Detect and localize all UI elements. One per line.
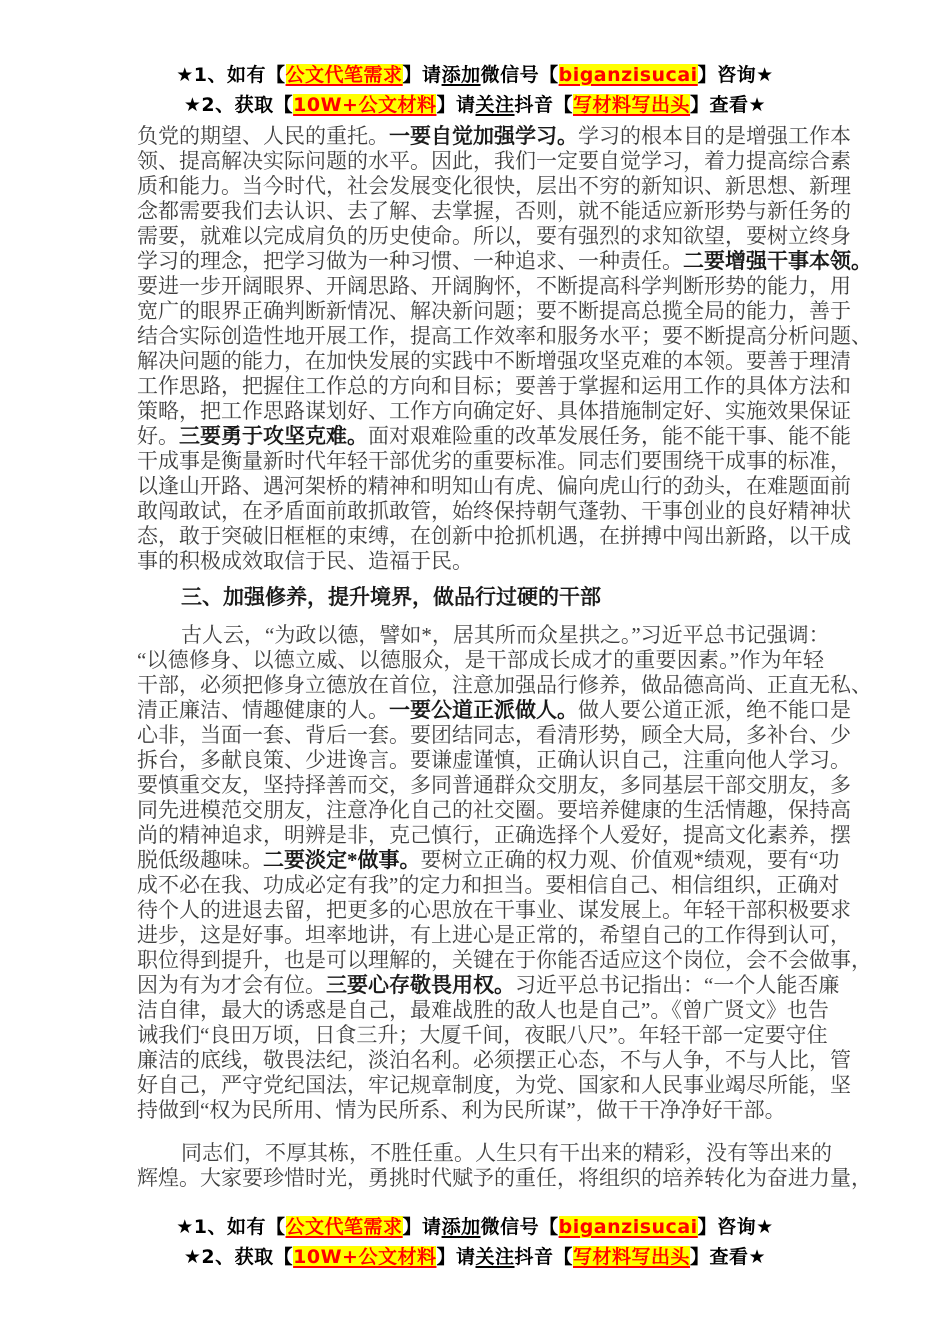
text-line: 待个人的进退去留，把更多的心思放在干事业、谋发展上。年轻干部积极要求 — [137, 898, 824, 923]
text-line: 辉煌。大家要珍惜时光，勇挑时代赋予的重任，将组织的培养转化为奋进力量， — [137, 1166, 824, 1191]
text-run: 】请 — [436, 1246, 475, 1268]
text-run: 抖音【 — [515, 94, 574, 116]
text-run: 解决问题的能力，在加快发展的实践中不断增强攻坚克难的本领。要善于理清 — [137, 349, 851, 373]
text-line: 廉洁的底线，敬畏法纪，淡泊名利。必须摆正心态，不与人争，不与人比，管 — [137, 1048, 824, 1073]
text-run: 习近平总书记指出：“一个人能否廉 — [515, 973, 839, 997]
highlighted-text-run: biganzisucai — [559, 1216, 698, 1238]
text-line: 持做到“权为民所用、情为民所系、利为民所谋”，做干干净净好干部。 — [137, 1098, 824, 1123]
text-line: 干成事是衡量新时代年轻干部优劣的重要标准。同志们要围绕干成事的标准， — [137, 449, 824, 474]
text-run: 面对艰难险重的改革发展任务，能不能干事、能不能 — [368, 424, 851, 448]
text-run: 要树立正确的权力观、价值观*绩观，要有“功 — [421, 848, 840, 872]
text-run: 好自己，严守党纪国法，牢记规章制度，为党、国家和人民事业竭尽所能，坚 — [137, 1073, 851, 1097]
bold-text-run: 三要心存敬畏用权。 — [326, 973, 515, 997]
text-line: 需要，就难以完成肩负的历史使命。所以，要有强烈的求知欲望，要树立终身 — [137, 224, 824, 249]
underlined-text-run: 关注 — [476, 94, 515, 116]
highlighted-text-run: 公文代笔需求 — [286, 64, 403, 86]
text-run: 好。 — [137, 424, 179, 448]
text-run: 廉洁的底线，敬畏法纪，淡泊名利。必须摆正心态，不与人争，不与人比，管 — [137, 1048, 851, 1072]
text-line: 同志们，不厚其栋，不胜任重。人生只有干出来的精彩，没有等出来的 — [137, 1141, 824, 1166]
text-run: ★2、获取【 — [184, 1246, 293, 1268]
text-line: 心非，当面一套、背后一套。要团结同志，看清形势，顾全大局，多补台、少 — [137, 723, 824, 748]
bold-text-run: 三要勇于攻坚克难。 — [179, 424, 368, 448]
text-run: 】请 — [436, 94, 475, 116]
text-run: 】查看★ — [690, 1246, 766, 1268]
text-run: ★2、获取【 — [184, 94, 293, 116]
text-run: 念都需要我们去认识、去了解、去掌握，否则，就不能适应新形势与新任务的 — [137, 199, 851, 223]
text-run: 学习的根本目的是增强工作本 — [578, 124, 851, 148]
text-run: 干部，必须把修身立德放在首位，注意加强品行修养，做品德高尚、正直无私、 — [137, 673, 872, 697]
text-line: 拆台，多献良策、少进谗言。要谦虚谨慎，正确认识自己，注重向他人学习。 — [137, 748, 824, 773]
text-run: 】咨询★ — [698, 64, 774, 86]
text-line: 敢闯敢试，在矛盾面前敢抓敢管，始终保持朝气蓬勃、干事创业的良好精神状 — [137, 499, 824, 524]
text-run: 策略，把工作思路谋划好、工作方向确定好、具体措施制定好、实施效果保证 — [137, 399, 851, 423]
paragraph: 负党的期望、人民的重托。一要自觉加强学习。学习的根本目的是增强工作本领、提高解决… — [137, 124, 824, 574]
text-line: 职位得到提升，也是可以理解的，关键在于你能否适应这个岗位，会不会做事， — [137, 948, 824, 973]
text-run: 】查看★ — [690, 94, 766, 116]
text-run: 负党的期望、人民的重托。 — [137, 124, 389, 148]
text-line: “以德修身、以德立威、以德服众，是干部成长成才的重要因素。”作为年轻 — [137, 648, 824, 673]
text-line: 好。三要勇于攻坚克难。面对艰难险重的改革发展任务，能不能干事、能不能 — [137, 424, 824, 449]
text-run: 宽广的眼界正确判断新情况、解决新问题；要不断提高总揽全局的能力，善于 — [137, 299, 851, 323]
text-line: 宽广的眼界正确判断新情况、解决新问题；要不断提高总揽全局的能力，善于 — [137, 299, 824, 324]
text-run: 质和能力。当今时代，社会发展变化很快，层出不穷的新知识、新思想、新理 — [137, 174, 851, 198]
text-line: 尚的精神追求，明辨是非，克己慎行，正确选择个人爱好，提高文化素养，摆 — [137, 823, 824, 848]
text-line: 解决问题的能力，在加快发展的实践中不断增强攻坚克难的本领。要善于理清 — [137, 349, 824, 374]
text-line: 领、提高解决实际问题的水平。因此，我们一定要自觉学习，着力提高综合素 — [137, 149, 824, 174]
text-run: 学习的理念，把学习做为一种习惯、一种追求、一种责任。 — [137, 249, 683, 273]
text-line: 要慎重交友，坚持择善而交，多同普通群众交朋友，多同基层干部交朋友，多 — [137, 773, 824, 798]
highlighted-text-run: 写材料写出头 — [573, 1246, 690, 1268]
text-line: 干部，必须把修身立德放在首位，注意加强品行修养，做品德高尚、正直无私、 — [137, 673, 824, 698]
text-run: ★1、如有【 — [176, 1216, 285, 1238]
text-line: 进步，这是好事。坦率地讲，有上进心是正常的，希望自己的工作得到认可， — [137, 923, 824, 948]
text-line: 工作思路，把握住工作总的方向和目标；要善于掌握和运用工作的具体方法和 — [137, 374, 824, 399]
highlighted-text-run: 10W+公文材料 — [293, 94, 436, 116]
document-page: ★1、如有【公文代笔需求】请添加微信号【biganzisucai】咨询★ ★2、… — [0, 0, 950, 1344]
text-line: 负党的期望、人民的重托。一要自觉加强学习。学习的根本目的是增强工作本 — [137, 124, 824, 149]
text-run: 事的积极成效取信于民、造福于民。 — [137, 549, 473, 573]
text-run: 因为有为才会有位。 — [137, 973, 326, 997]
text-line: 古人云，“为政以德，譬如*，居其所而众星拱之。”习近平总书记强调： — [137, 623, 824, 648]
underlined-text-run: 添加 — [442, 64, 481, 86]
text-run: 结合实际创造性地开展工作，提高工作效率和服务水平；要不断提高分析问题、 — [137, 324, 872, 348]
promo-footer-line1: ★1、如有【公文代笔需求】请添加微信号【biganzisucai】咨询★ — [0, 1212, 950, 1242]
text-run: 诫我们“良田万顷，日食三升；大厦千间，夜眠八尺”。年轻干部一定要守住 — [137, 1023, 828, 1047]
text-line: 念都需要我们去认识、去了解、去掌握，否则，就不能适应新形势与新任务的 — [137, 199, 824, 224]
underlined-text-run: 关注 — [476, 1246, 515, 1268]
text-run: 干成事是衡量新时代年轻干部优劣的重要标准。同志们要围绕干成事的标准， — [137, 449, 851, 473]
text-line: 洁自律，最大的诱惑是自己，最难战胜的敌人也是自己”。《曾广贤文》也告 — [137, 998, 824, 1023]
text-run: 职位得到提升，也是可以理解的，关键在于你能否适应这个岗位，会不会做事， — [137, 948, 872, 972]
text-run: 洁自律，最大的诱惑是自己，最难战胜的敌人也是自己”。《曾广贤文》也告 — [137, 998, 829, 1022]
highlighted-text-run: biganzisucai — [559, 64, 698, 86]
text-run: 】请 — [403, 1216, 442, 1238]
text-run: 同志们，不厚其栋，不胜任重。人生只有干出来的精彩，没有等出来的 — [181, 1141, 832, 1165]
text-run: 抖音【 — [515, 1246, 574, 1268]
promo-footer-line2: ★2、获取【10W+公文材料】请关注抖音【写材料写出头】查看★ — [0, 1242, 950, 1272]
text-run: 脱低级趣味。 — [137, 848, 263, 872]
highlighted-text-run: 写材料写出头 — [573, 94, 690, 116]
text-line: 学习的理念，把学习做为一种习惯、一种追求、一种责任。二要增强干事本领。 — [137, 249, 824, 274]
paragraph: 同志们，不厚其栋，不胜任重。人生只有干出来的精彩，没有等出来的辉煌。大家要珍惜时… — [137, 1141, 824, 1191]
text-run: 领、提高解决实际问题的水平。因此，我们一定要自觉学习，着力提高综合素 — [137, 149, 851, 173]
text-run: 要慎重交友，坚持择善而交，多同普通群众交朋友，多同基层干部交朋友，多 — [137, 773, 851, 797]
text-line: 质和能力。当今时代，社会发展变化很快，层出不穷的新知识、新思想、新理 — [137, 174, 824, 199]
text-run: 同先进模范交朋友，注意净化自己的社交圈。要培养健康的生活情趣，保持高 — [137, 798, 851, 822]
text-run: 尚的精神追求，明辨是非，克己慎行，正确选择个人爱好，提高文化素养，摆 — [137, 823, 851, 847]
section-heading: 三、加强修养，提升境界，做品行过硬的干部 — [137, 585, 824, 610]
bold-text-run: 一要公道正派做人。 — [389, 698, 578, 722]
promo-footer: ★1、如有【公文代笔需求】请添加微信号【biganzisucai】咨询★ ★2、… — [0, 1212, 950, 1272]
text-line: 因为有为才会有位。三要心存敬畏用权。习近平总书记指出：“一个人能否廉 — [137, 973, 824, 998]
underlined-text-run: 添加 — [442, 1216, 481, 1238]
text-run: 持做到“权为民所用、情为民所系、利为民所谋”，做干干净净好干部。 — [137, 1098, 786, 1122]
text-run: 做人要公道正派，绝不能口是 — [578, 698, 851, 722]
text-line: 以逢山开路、遇河架桥的精神和明知山有虎、偏向虎山行的劲头，在难题面前 — [137, 474, 824, 499]
text-line: 同先进模范交朋友，注意净化自己的社交圈。要培养健康的生活情趣，保持高 — [137, 798, 824, 823]
text-run: 要进一步开阔眼界、开阔思路、开阔胸怀，不断提高科学判断形势的能力，用 — [137, 274, 851, 298]
text-line: 策略，把工作思路谋划好、工作方向确定好、具体措施制定好、实施效果保证 — [137, 399, 824, 424]
text-line: 好自己，严守党纪国法，牢记规章制度，为党、国家和人民事业竭尽所能，坚 — [137, 1073, 824, 1098]
text-run: 拆台，多献良策、少进谗言。要谦虚谨慎，正确认识自己，注重向他人学习。 — [137, 748, 851, 772]
text-run: 待个人的进退去留，把更多的心思放在干事业、谋发展上。年轻干部积极要求 — [137, 898, 851, 922]
text-line: 脱低级趣味。二要淡定*做事。要树立正确的权力观、价值观*绩观，要有“功 — [137, 848, 824, 873]
text-run: 成不必在我、功成必定有我”的定力和担当。要相信自己、相信组织，正确对 — [137, 873, 839, 897]
text-line: 事的积极成效取信于民、造福于民。 — [137, 549, 824, 574]
text-run: “以德修身、以德立威、以德服众，是干部成长成才的重要因素。”作为年轻 — [137, 648, 824, 672]
text-run: 以逢山开路、遇河架桥的精神和明知山有虎、偏向虎山行的劲头，在难题面前 — [137, 474, 851, 498]
text-run: 微信号【 — [481, 1216, 559, 1238]
document-body: 负党的期望、人民的重托。一要自觉加强学习。学习的根本目的是增强工作本领、提高解决… — [137, 124, 824, 1191]
text-line: 结合实际创造性地开展工作，提高工作效率和服务水平；要不断提高分析问题、 — [137, 324, 824, 349]
bold-text-run: 二要淡定*做事。 — [263, 848, 421, 872]
text-run: 态，敢于突破旧框框的束缚，在创新中抢抓机遇，在拼搏中闯出新路，以干成 — [137, 524, 851, 548]
text-line: 要进一步开阔眼界、开阔思路、开阔胸怀，不断提高科学判断形势的能力，用 — [137, 274, 824, 299]
highlighted-text-run: 10W+公文材料 — [293, 1246, 436, 1268]
bold-text-run: 一要自觉加强学习。 — [389, 124, 578, 148]
text-run: 古人云，“为政以德，譬如*，居其所而众星拱之。”习近平总书记强调： — [181, 623, 830, 647]
paragraph: 古人云，“为政以德，譬如*，居其所而众星拱之。”习近平总书记强调：“以德修身、以… — [137, 623, 824, 1123]
promo-header-line2: ★2、获取【10W+公文材料】请关注抖音【写材料写出头】查看★ — [0, 90, 950, 120]
text-run: 工作思路，把握住工作总的方向和目标；要善于掌握和运用工作的具体方法和 — [137, 374, 851, 398]
text-line: 清正廉洁、情趣健康的人。一要公道正派做人。做人要公道正派，绝不能口是 — [137, 698, 824, 723]
text-run: 心非，当面一套、背后一套。要团结同志，看清形势，顾全大局，多补台、少 — [137, 723, 851, 747]
text-run: ★1、如有【 — [176, 64, 285, 86]
bold-text-run: 二要增强干事本领。 — [683, 249, 872, 273]
text-run: 微信号【 — [481, 64, 559, 86]
text-run: 辉煌。大家要珍惜时光，勇挑时代赋予的重任，将组织的培养转化为奋进力量， — [137, 1166, 872, 1190]
text-run: 敢闯敢试，在矛盾面前敢抓敢管，始终保持朝气蓬勃、干事创业的良好精神状 — [137, 499, 851, 523]
text-line: 诫我们“良田万顷，日食三升；大厦千间，夜眠八尺”。年轻干部一定要守住 — [137, 1023, 824, 1048]
promo-header: ★1、如有【公文代笔需求】请添加微信号【biganzisucai】咨询★ ★2、… — [0, 60, 950, 120]
text-run: 进步，这是好事。坦率地讲，有上进心是正常的，希望自己的工作得到认可， — [137, 923, 851, 947]
text-run: 清正廉洁、情趣健康的人。 — [137, 698, 389, 722]
text-run: 】咨询★ — [698, 1216, 774, 1238]
bold-text-run: 三、加强修养，提升境界，做品行过硬的干部 — [181, 585, 601, 609]
highlighted-text-run: 公文代笔需求 — [286, 1216, 403, 1238]
text-line: 态，敢于突破旧框框的束缚，在创新中抢抓机遇，在拼搏中闯出新路，以干成 — [137, 524, 824, 549]
text-run: 】请 — [403, 64, 442, 86]
text-run: 需要，就难以完成肩负的历史使命。所以，要有强烈的求知欲望，要树立终身 — [137, 224, 851, 248]
text-line: 成不必在我、功成必定有我”的定力和担当。要相信自己、相信组织，正确对 — [137, 873, 824, 898]
promo-header-line1: ★1、如有【公文代笔需求】请添加微信号【biganzisucai】咨询★ — [0, 60, 950, 90]
